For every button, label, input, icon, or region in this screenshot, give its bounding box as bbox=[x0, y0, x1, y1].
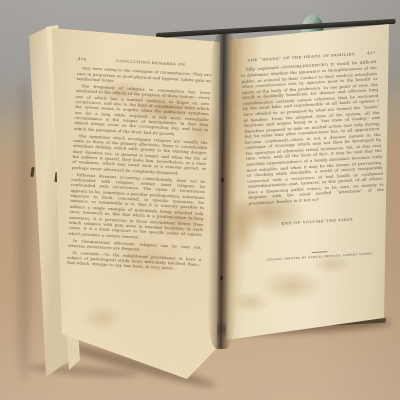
gutter-speck bbox=[220, 276, 223, 280]
left-paragraph: The frequency of relapses in consumption… bbox=[74, 83, 210, 138]
right-page-text: THE “HEADS” OF THE HEADS OF FAMILIES. 45… bbox=[240, 50, 388, 264]
left-page-text: 456 CONCLUDING REMARKS ON tary were owin… bbox=[67, 56, 212, 274]
page-gutter bbox=[207, 33, 238, 349]
left-page-number: 456 bbox=[78, 56, 87, 62]
right-paragraph: fully explained—(CONVALESCENCE!) It woul… bbox=[241, 59, 385, 206]
right-page-number: 457 bbox=[367, 50, 376, 56]
left-paragraph: The symptoms which accompany relapses ar… bbox=[72, 133, 208, 178]
leaf-edge-mark bbox=[30, 167, 34, 177]
end-of-volume-line: END OF VOLUME THE FIRST. bbox=[250, 214, 386, 227]
book-photograph: 456 CONCLUDING REMARKS ON tary were owin… bbox=[0, 0, 400, 400]
imprint-rule bbox=[312, 251, 328, 253]
gutter-speck bbox=[221, 178, 224, 182]
leaf-shadow bbox=[16, 80, 32, 380]
left-paragraph: Different diseases occurring coincidenta… bbox=[68, 172, 205, 243]
